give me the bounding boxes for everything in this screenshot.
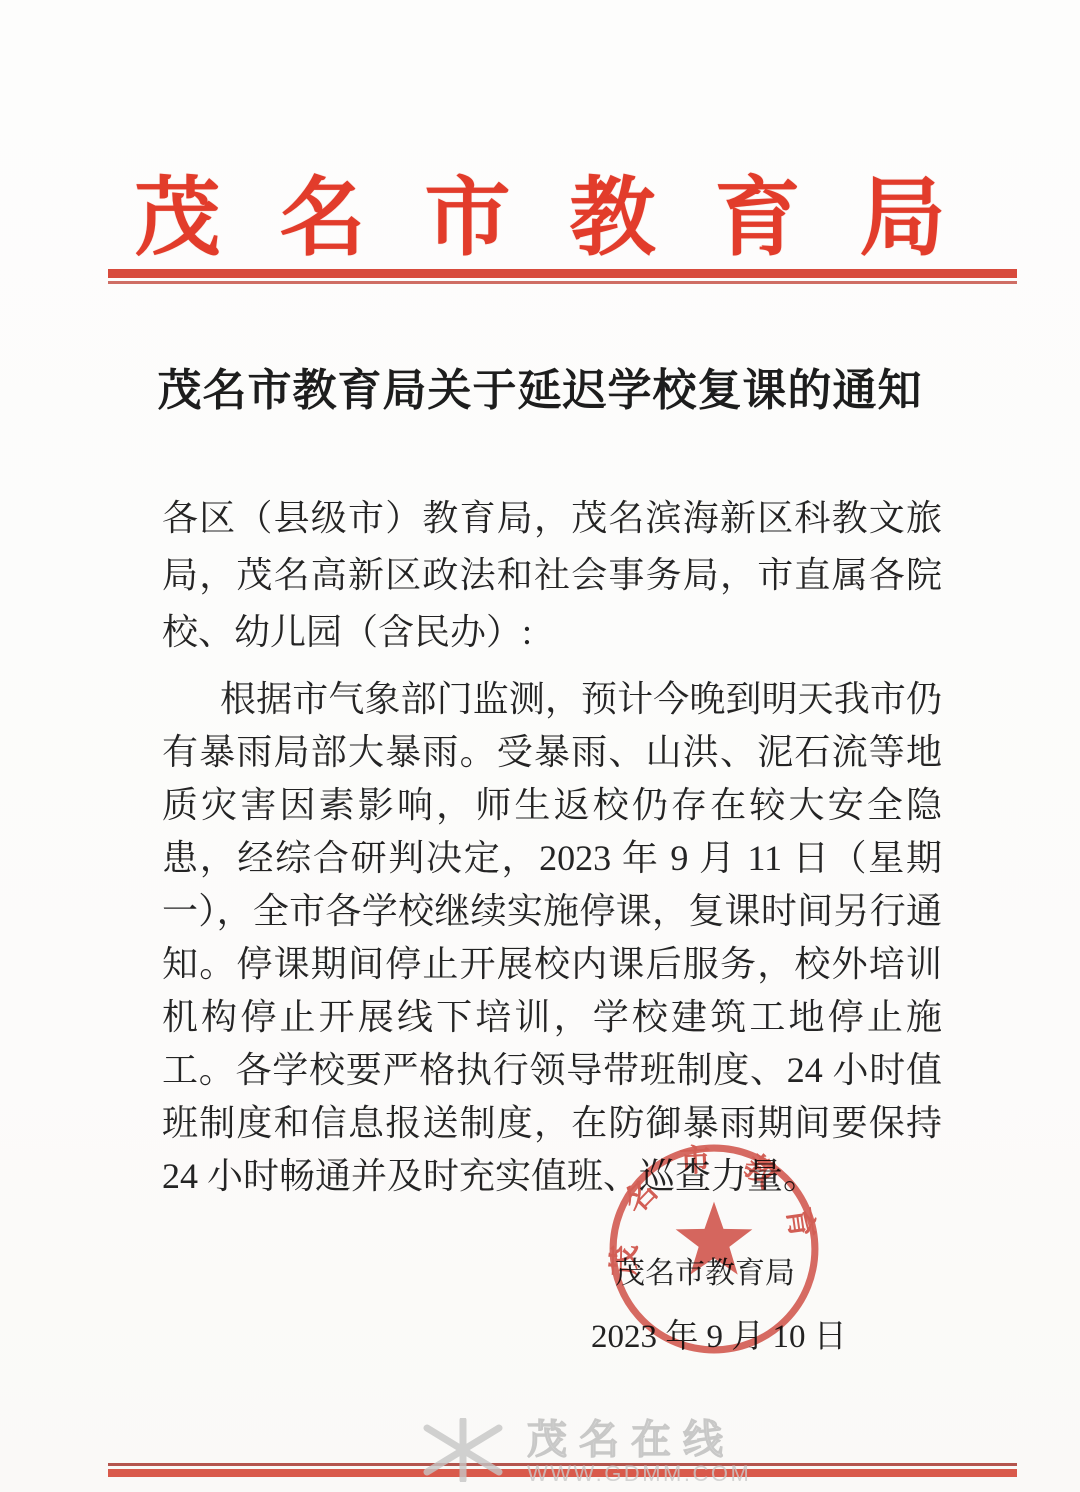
main-paragraph: 根据市气象部门监测，预计今晚到明天我市仍有暴雨局部大暴雨。受暴雨、山洪、泥石流等… [162, 673, 942, 1203]
letterhead-divider-line [108, 269, 1017, 284]
watermark-logo-icon [413, 1418, 513, 1482]
document-body: 各区（县级市）教育局，茂名滨海新区科教文旅局，茂名高新区政法和社会事务局，市直属… [162, 490, 942, 1203]
watermark-site-name: 茂名在线 [527, 1418, 751, 1462]
official-seal-stamp: 茂名市教育局 [603, 1138, 825, 1360]
letterhead-org-name: 茂名市教育局 [135, 148, 1005, 272]
divider-thick-bar [108, 269, 1017, 278]
watermark-text-column: 茂名在线 WWW.GDMM.COM [527, 1418, 751, 1486]
recipients-paragraph: 各区（县级市）教育局，茂名滨海新区科教文旅局，茂名高新区政法和社会事务局，市直属… [162, 490, 942, 661]
seal-star-icon [676, 1202, 753, 1275]
site-watermark: 茂名在线 WWW.GDMM.COM [413, 1418, 751, 1486]
divider-thin-bar [108, 281, 1017, 284]
document-title: 茂名市教育局关于延迟学校复课的通知 [0, 354, 1080, 418]
scanned-official-document: 茂名市教育局 茂名市教育局关于延迟学校复课的通知 各区（县级市）教育局，茂名滨海… [0, 0, 1080, 1492]
watermark-site-url: WWW.GDMM.COM [527, 1462, 751, 1486]
letterhead: 茂名市教育局 [0, 148, 1080, 272]
